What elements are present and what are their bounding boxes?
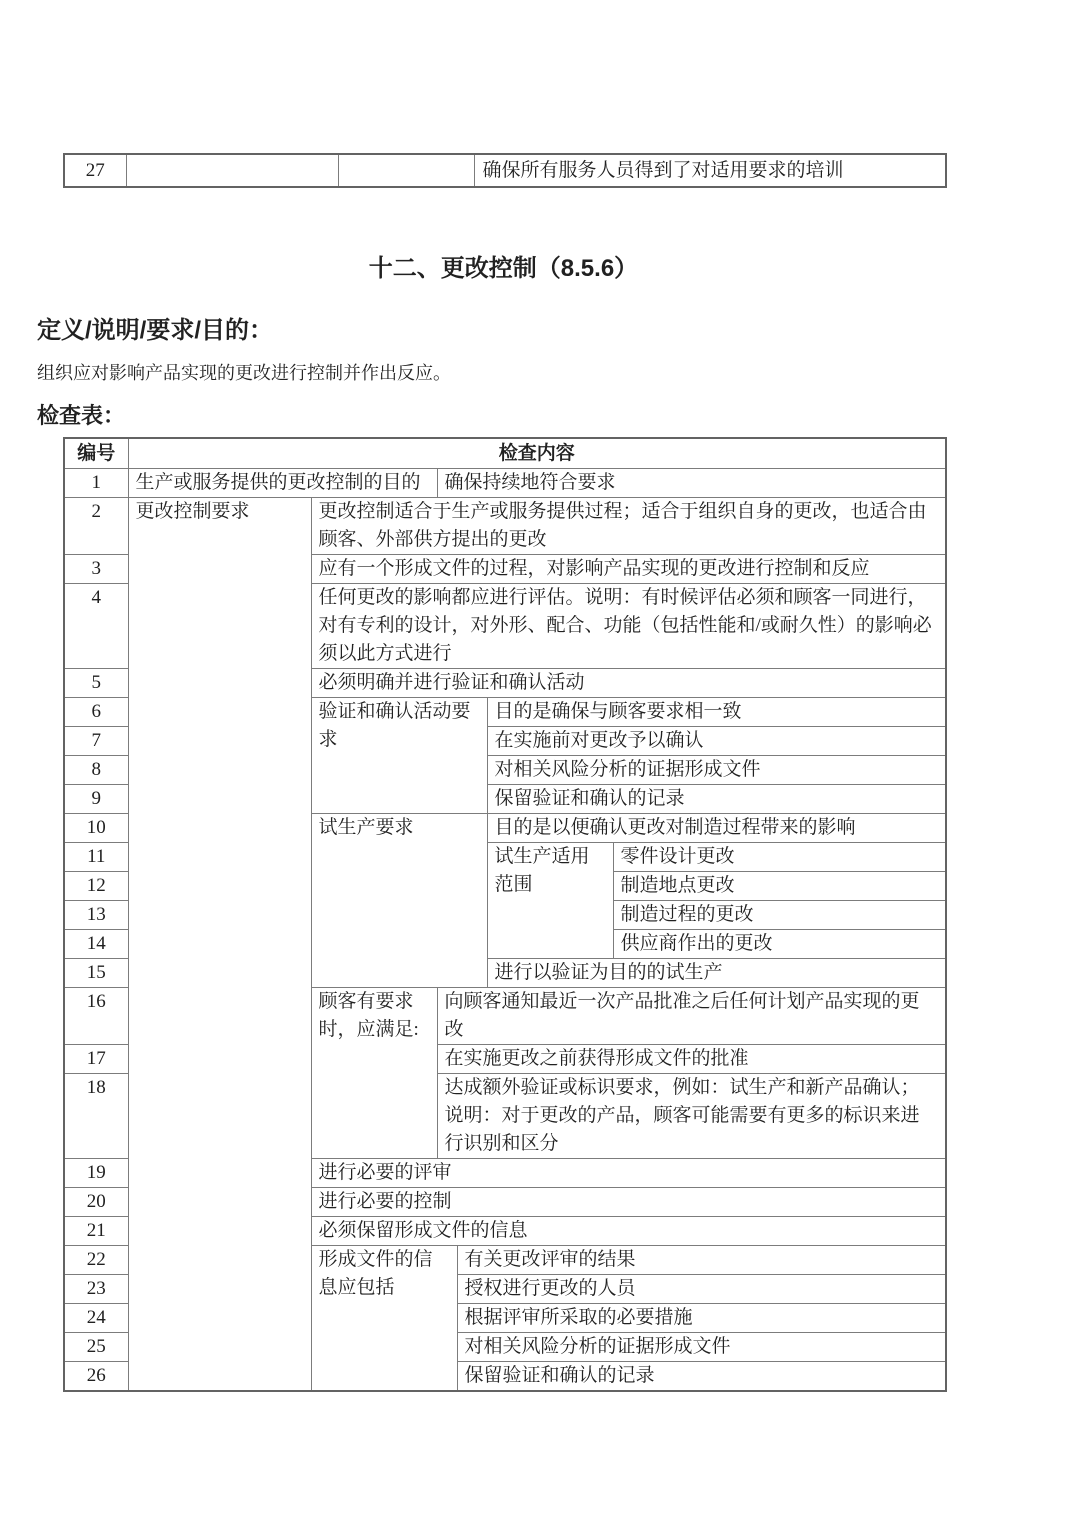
row-number-cell: 21 — [64, 1217, 128, 1246]
row-number-cell: 7 — [64, 727, 128, 756]
table-row: 27 确保所有服务人员得到了对适用要求的培训 — [64, 154, 946, 187]
content-cell: 任何更改的影响都应进行评估。说明：有时候评估必须和顾客一同进行，对有专利的设计，… — [311, 584, 946, 669]
section-title: 十二、更改控制（8.5.6） — [37, 252, 970, 286]
content-cell: 目的是以便确认更改对制造过程带来的影响 — [487, 814, 946, 843]
row-number-cell: 25 — [64, 1333, 128, 1362]
content-cell: 向顾客通知最近一次产品批准之后任何计划产品实现的更改 — [437, 988, 946, 1045]
category-cell: 更改控制要求 — [128, 498, 311, 1392]
content-cell: 零件设计更改 — [613, 843, 946, 872]
content-cell: 确保所有服务人员得到了对适用要求的培训 — [474, 154, 946, 187]
row-number-cell: 26 — [64, 1362, 128, 1392]
row-number-cell: 23 — [64, 1275, 128, 1304]
row-number-cell: 22 — [64, 1246, 128, 1275]
previous-table-fragment: 27 确保所有服务人员得到了对适用要求的培训 — [63, 153, 947, 188]
row-number-cell: 12 — [64, 872, 128, 901]
content-cell: 制造地点更改 — [613, 872, 946, 901]
row-number-cell: 10 — [64, 814, 128, 843]
col-header-number: 编号 — [64, 438, 128, 469]
content-cell: 目的是确保与顾客要求相一致 — [487, 698, 946, 727]
category-cell: 试生产适用范围 — [487, 843, 613, 959]
content-cell: 确保持续地符合要求 — [437, 469, 946, 498]
row-number-cell: 18 — [64, 1074, 128, 1159]
row-number-cell: 16 — [64, 988, 128, 1045]
empty-cell — [126, 154, 338, 187]
content-cell: 达成额外验证或标识要求，例如：试生产和新产品确认；说明：对于更改的产品，顾客可能… — [437, 1074, 946, 1159]
content-cell: 保留验证和确认的记录 — [487, 785, 946, 814]
checklist-heading: 检查表： — [37, 400, 970, 432]
definition-heading: 定义/说明/要求/目的： — [37, 314, 970, 348]
category-cell: 试生产要求 — [311, 814, 487, 988]
content-cell: 进行必要的评审 — [311, 1159, 946, 1188]
content-cell: 根据评审所采取的必要措施 — [457, 1304, 946, 1333]
row-number-cell: 24 — [64, 1304, 128, 1333]
row-number-cell: 27 — [64, 154, 126, 187]
content-cell: 更改控制适合于生产或服务提供过程；适合于组织自身的更改，也适合由顾客、外部供方提… — [311, 498, 946, 555]
content-cell: 必须明确并进行验证和确认活动 — [311, 669, 946, 698]
content-cell: 必须保留形成文件的信息 — [311, 1217, 946, 1246]
table-header-row: 编号 检查内容 — [64, 438, 946, 469]
content-cell: 对相关风险分析的证据形成文件 — [457, 1333, 946, 1362]
row-number-cell: 5 — [64, 669, 128, 698]
content-cell: 进行以验证为目的的试生产 — [487, 959, 946, 988]
row-number-cell: 13 — [64, 901, 128, 930]
category-cell: 形成文件的信息应包括 — [311, 1246, 457, 1392]
row-number-cell: 15 — [64, 959, 128, 988]
col-header-content: 检查内容 — [128, 438, 946, 469]
row-number-cell: 14 — [64, 930, 128, 959]
row-number-cell: 8 — [64, 756, 128, 785]
content-cell: 有关更改评审的结果 — [457, 1246, 946, 1275]
row-number-cell: 17 — [64, 1045, 128, 1074]
empty-cell — [338, 154, 474, 187]
content-cell: 在实施前对更改予以确认 — [487, 727, 946, 756]
row-number-cell: 6 — [64, 698, 128, 727]
row-number-cell: 19 — [64, 1159, 128, 1188]
document-page: 27 确保所有服务人员得到了对适用要求的培训 十二、更改控制（8.5.6） 定义… — [0, 0, 970, 1392]
content-cell: 进行必要的控制 — [311, 1188, 946, 1217]
row-number-cell: 4 — [64, 584, 128, 669]
content-cell: 供应商作出的更改 — [613, 930, 946, 959]
checklist-table: 编号 检查内容 1 生产或服务提供的更改控制的目的 确保持续地符合要求 2 更改… — [63, 437, 947, 1392]
content-cell: 在实施更改之前获得形成文件的批准 — [437, 1045, 946, 1074]
table-row: 2 更改控制要求 更改控制适合于生产或服务提供过程；适合于组织自身的更改，也适合… — [64, 498, 946, 555]
row-number-cell: 1 — [64, 469, 128, 498]
row-number-cell: 20 — [64, 1188, 128, 1217]
row-number-cell: 3 — [64, 555, 128, 584]
content-cell: 应有一个形成文件的过程，对影响产品实现的更改进行控制和反应 — [311, 555, 946, 584]
row-number-cell: 2 — [64, 498, 128, 555]
content-cell: 对相关风险分析的证据形成文件 — [487, 756, 946, 785]
content-cell: 保留验证和确认的记录 — [457, 1362, 946, 1392]
content-cell: 授权进行更改的人员 — [457, 1275, 946, 1304]
category-cell: 验证和确认活动要求 — [311, 698, 487, 814]
row-number-cell: 9 — [64, 785, 128, 814]
category-cell: 生产或服务提供的更改控制的目的 — [128, 469, 437, 498]
row-number-cell: 11 — [64, 843, 128, 872]
definition-text: 组织应对影响产品实现的更改进行控制并作出反应。 — [37, 360, 970, 386]
table-row: 1 生产或服务提供的更改控制的目的 确保持续地符合要求 — [64, 469, 946, 498]
category-cell: 顾客有要求时，应满足: — [311, 988, 437, 1159]
content-cell: 制造过程的更改 — [613, 901, 946, 930]
